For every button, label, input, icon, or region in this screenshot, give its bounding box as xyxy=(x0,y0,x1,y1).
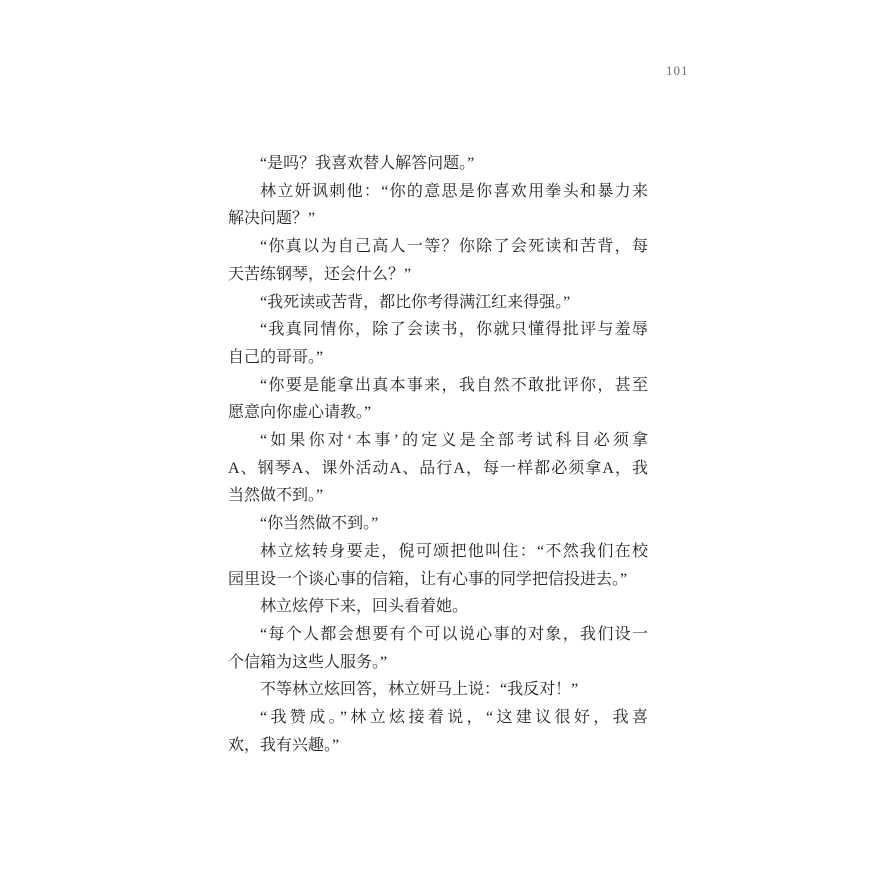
text-line: “每个人都会想要有个可以说心事的对象，我们设一 xyxy=(228,621,648,649)
text-line: “我赞成。”林立炫接着说，“这建议很好，我喜 xyxy=(228,704,648,732)
text-line: 不等林立炫回答，林立妍马上说：“我反对！” xyxy=(228,676,648,704)
text-line: “你当然做不到。” xyxy=(228,510,648,538)
text-line: “是吗？我喜欢替人解答问题。” xyxy=(228,150,648,178)
text-line: “如果你对‘本事’的定义是全部考试科目必须拿 xyxy=(228,427,648,455)
book-page: 101 “是吗？我喜欢替人解答问题。” 林立妍讽刺他：“你的意思是你喜欢用拳头和… xyxy=(0,0,874,874)
text-line: 解决问题？” xyxy=(228,205,648,233)
text-line: “你真以为自己高人一等？你除了会死读和苦背，每 xyxy=(228,233,648,261)
text-line: 林立妍讽刺他：“你的意思是你喜欢用拳头和暴力来 xyxy=(228,178,648,206)
text-line: “我死读或苦背，都比你考得满江红来得强。” xyxy=(228,289,648,317)
text-line: 个信箱为这些人服务。” xyxy=(228,649,648,677)
text-line: 天苦练钢琴，还会什么？” xyxy=(228,261,648,289)
body-text: “是吗？我喜欢替人解答问题。” 林立妍讽刺他：“你的意思是你喜欢用拳头和暴力来 … xyxy=(228,150,648,759)
text-line: 当然做不到。” xyxy=(228,482,648,510)
text-line: 园里设一个谈心事的信箱，让有心事的同学把信投进去。” xyxy=(228,566,648,594)
text-line: 林立炫转身要走，倪可颂把他叫住：“不然我们在校 xyxy=(228,538,648,566)
text-line: 欢，我有兴趣。” xyxy=(228,732,648,760)
text-line: 愿意向你虚心请教。” xyxy=(228,399,648,427)
text-line: A、钢琴A、课外活动A、品行A，每一样都必须拿A，我 xyxy=(228,455,648,483)
page-number: 101 xyxy=(666,63,689,79)
text-line: “我真同情你，除了会读书，你就只懂得批评与羞辱 xyxy=(228,316,648,344)
text-line: 自己的哥哥。” xyxy=(228,344,648,372)
text-line: 林立炫停下来，回头看着她。 xyxy=(228,593,648,621)
text-line: “你要是能拿出真本事来，我自然不敢批评你，甚至 xyxy=(228,372,648,400)
